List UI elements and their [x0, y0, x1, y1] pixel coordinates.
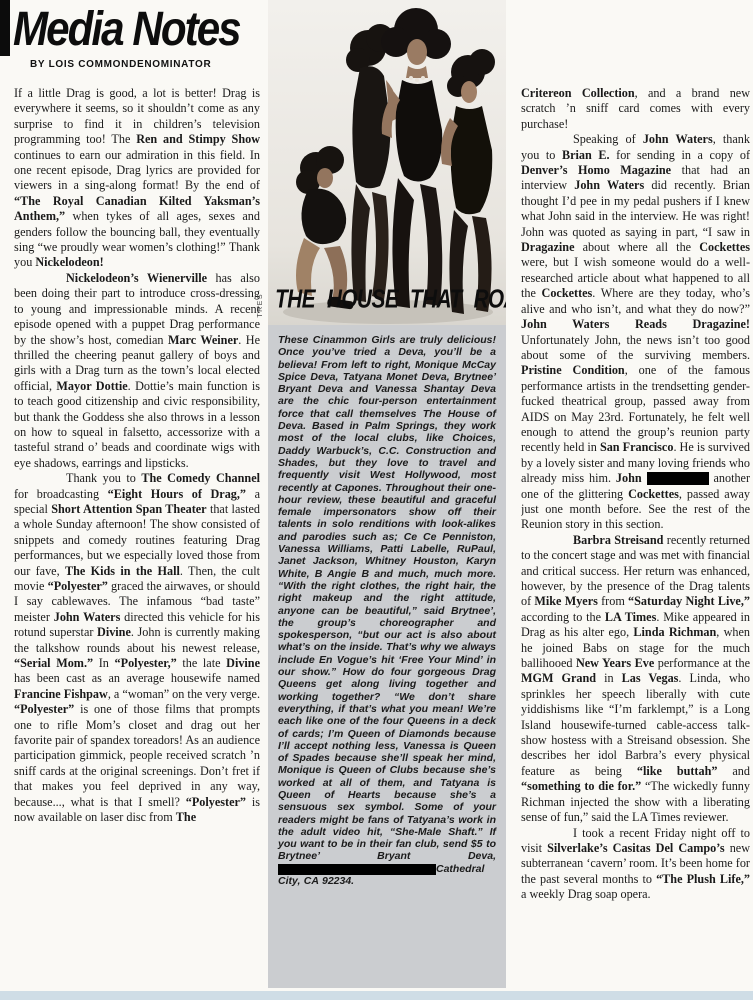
drag-queens-photo: THE HOUSE THAT ROARS!	[268, 0, 506, 325]
photo-image	[268, 0, 506, 325]
redaction-bar	[278, 864, 436, 875]
body-paragraph: If a little Drag is good, a lot is bette…	[14, 86, 260, 271]
text-run: John	[616, 471, 642, 485]
redaction-bar	[647, 472, 709, 485]
text-run: Speaking of	[573, 132, 643, 146]
text-run: Marc Weiner	[168, 333, 238, 347]
text-run: MGM Grand	[521, 671, 596, 685]
text-run: Mike Myers	[534, 594, 597, 608]
text-run: Las Vegas	[622, 671, 679, 685]
magazine-page: Media Notes BY LOIS COMMONDENOMINATOR If…	[0, 0, 753, 1000]
text-run: “Serial Mom.”	[14, 656, 93, 670]
text-run: Ren and Stimpy Show	[136, 132, 260, 146]
photo-credit: TRES	[257, 293, 264, 318]
text-run: Mayor Dottie	[56, 379, 127, 393]
text-run: John Waters	[643, 132, 713, 146]
text-run: The Kids in the Hall	[65, 564, 180, 578]
text-run: Cockettes	[699, 240, 750, 254]
text-run: Short Attention Span Theater	[51, 502, 206, 516]
text-run: Pristine Condition	[521, 363, 625, 377]
text-run: Cockettes	[628, 487, 679, 501]
photo-caption: These Cinammon Girls are truly delicious…	[268, 325, 506, 887]
text-run: Nickelodeon’s Wienerville	[66, 271, 207, 285]
text-run: Francine Fishpaw	[14, 687, 108, 701]
text-run: These Cinammon Girls are truly delicious…	[278, 334, 496, 862]
center-column: THE HOUSE THAT ROARS! TRES These Cinammo…	[268, 0, 506, 988]
text-run: , a “woman” on the very verge.	[108, 687, 260, 701]
text-run: Divine	[226, 656, 260, 670]
text-run: Divine	[97, 625, 131, 639]
text-run: John Waters	[574, 178, 644, 192]
page-title: Media Notes	[13, 6, 264, 54]
text-run: about where all the	[574, 240, 699, 254]
photo-headline: THE HOUSE THAT ROARS!	[275, 284, 499, 315]
body-paragraph: I took a recent Friday night off to visi…	[521, 826, 750, 903]
text-run: Nickelodeon!	[35, 255, 103, 269]
text-run: “Polyester”	[48, 579, 108, 593]
text-run: John Waters	[54, 610, 121, 624]
text-run: The	[176, 810, 196, 824]
text-run: The Comedy Channel	[141, 471, 260, 485]
text-run: is one of those films that prompts one t…	[14, 702, 260, 808]
text-run: LA Times	[605, 610, 656, 624]
text-run: Brian E.	[562, 148, 610, 162]
text-run: performance at the	[654, 656, 750, 670]
text-run: in	[596, 671, 622, 685]
bottom-edge-strip	[0, 991, 753, 1000]
byline: BY LOIS COMMONDENOMINATOR	[30, 59, 269, 70]
body-paragraph: Barbra Streisand recently returned to th…	[521, 533, 750, 826]
body-paragraph: Nickelodeon’s Wienerville has also been …	[14, 271, 260, 471]
text-run: continues to earn our admiration in this…	[14, 148, 260, 193]
text-run: Denver’s Homo Magazine	[521, 163, 671, 177]
body-paragraph: Thank you to The Comedy Channel for broa…	[14, 471, 260, 825]
left-column: If a little Drag is good, a lot is bette…	[14, 86, 260, 992]
text-run: In	[93, 656, 114, 670]
text-run: for broadcasting	[14, 487, 108, 501]
text-run: “Eight Hours of Drag,”	[108, 487, 246, 501]
text-run: Barbra Streisand	[573, 533, 663, 547]
text-run: “The Plush Life,”	[656, 872, 750, 886]
text-run: according to the	[521, 610, 605, 624]
text-run: “like buttah”	[637, 764, 718, 778]
text-run: from	[598, 594, 628, 608]
text-run: the late	[177, 656, 226, 670]
text-run: “Polyester,”	[115, 656, 177, 670]
text-run: Unfortunately John, the news isn’t too g…	[521, 333, 750, 362]
text-run: . Linda, who sprinkles her speech libera…	[521, 671, 750, 777]
text-run: Critereon Collection	[521, 86, 635, 100]
body-paragraph: Speaking of John Waters, thank you to Br…	[521, 132, 750, 533]
text-run: has been cast as an average housewife na…	[14, 671, 260, 685]
text-run: “something to die for.”	[521, 779, 641, 793]
text-run: Linda Richman	[633, 625, 716, 639]
masthead: Media Notes BY LOIS COMMONDENOMINATOR	[13, 6, 269, 70]
text-run: Silverlake’s Casitas Del Campo’s	[547, 841, 725, 855]
text-run: Cockettes	[542, 286, 593, 300]
text-run: for sending in a copy of	[610, 148, 750, 162]
corner-bleed-bar	[0, 0, 10, 56]
text-run: Dragazine	[521, 240, 574, 254]
text-run: New Years Eve	[576, 656, 654, 670]
body-paragraph: Critereon Collection, and a brand new sc…	[521, 86, 750, 132]
text-run: and	[717, 764, 750, 778]
text-run: a weekly Drag soap opera.	[521, 887, 651, 901]
text-run: “Polyester”	[186, 795, 246, 809]
text-run: John Waters Reads Dragazine!	[521, 317, 750, 331]
text-run: “Saturday Night Live,”	[628, 594, 750, 608]
text-run: “Polyester”	[14, 702, 74, 716]
text-run: San Francisco	[600, 440, 674, 454]
text-run: Thank you to	[66, 471, 141, 485]
right-column: Critereon Collection, and a brand new sc…	[521, 86, 750, 992]
body-paragraph: These Cinammon Girls are truly delicious…	[278, 334, 496, 887]
